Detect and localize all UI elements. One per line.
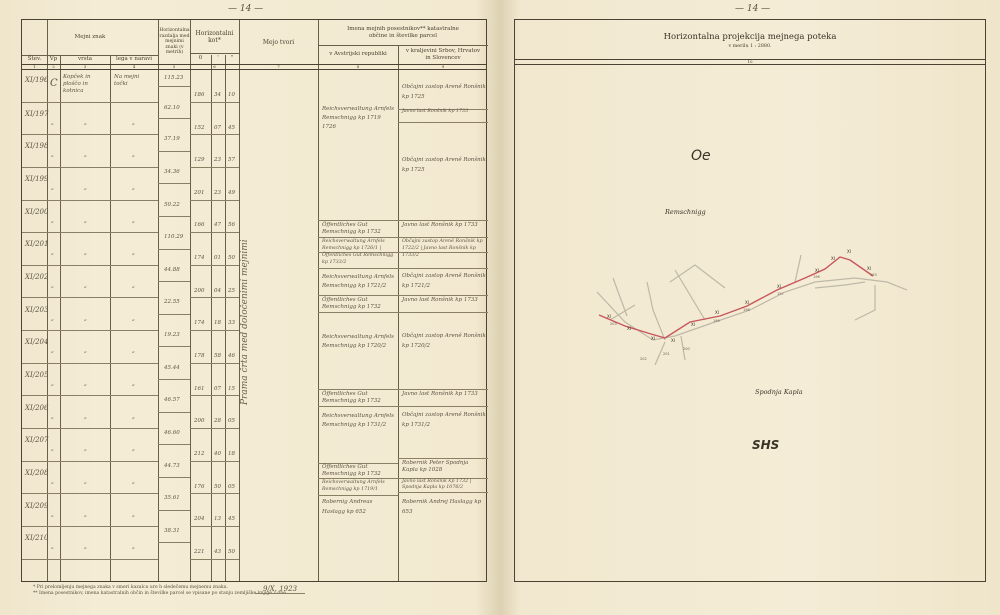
- footnote-2: ** Imena posestnikov, imena katastralnih…: [33, 591, 286, 596]
- svg-text:199: 199: [713, 319, 720, 323]
- map-frame: Horizontalna projekcija mejnega poteka v…: [514, 19, 986, 582]
- svg-text:197: 197: [777, 292, 784, 296]
- angle-min: 28: [214, 418, 221, 424]
- ditto-mark: „: [51, 283, 54, 289]
- mark-number: XI/200: [25, 208, 48, 216]
- owner-shs: Občajni zastop Areně Ronšnik kp 1722/2 |…: [402, 238, 486, 259]
- col-divider: [158, 20, 159, 581]
- col-number: 2: [47, 64, 60, 69]
- col-divider: [318, 20, 319, 581]
- svg-text:202: 202: [640, 357, 647, 361]
- ditto-mark: „: [132, 479, 135, 485]
- angle-sec: 15: [228, 386, 235, 392]
- mark-number: XI/199: [25, 175, 48, 183]
- ditto-mark: „: [51, 348, 54, 354]
- row-line: [22, 134, 158, 135]
- row-line: [190, 200, 239, 201]
- angle-sec: 45: [228, 516, 235, 522]
- svg-text:201: 201: [663, 352, 670, 356]
- ditto-mark: „: [132, 120, 135, 126]
- header-kot-sec: ": [225, 53, 239, 64]
- ditto-mark: „: [132, 283, 135, 289]
- ditto-mark: „: [132, 152, 135, 158]
- col-number: 5: [158, 64, 190, 69]
- header-horiz-kot: Horizontalni kot*: [190, 20, 239, 53]
- angle-min: 23: [214, 157, 221, 163]
- boundary-line: [599, 257, 873, 338]
- row-line: [190, 559, 239, 560]
- meja-tvori-text: Prama črta med določenimi mejnimi: [240, 239, 250, 405]
- header-mejni-znak: Mejni znak: [22, 20, 158, 55]
- ditto-mark: „: [84, 479, 87, 485]
- ditto-mark: „: [132, 185, 135, 191]
- distance-value: 50.22: [164, 202, 180, 208]
- distance-value: 22.55: [164, 299, 180, 305]
- angle-min: 07: [214, 125, 221, 131]
- owner-shs: Javno last Ronšnik kp 1733: [402, 391, 486, 398]
- ditto-mark: „: [132, 544, 135, 550]
- angle-min: 01: [214, 255, 221, 261]
- ditto-mark: „: [84, 152, 87, 158]
- distance-value: 44.73: [164, 463, 180, 469]
- ditto-mark: „: [132, 512, 135, 518]
- svg-text:XI: XI: [715, 310, 719, 315]
- ditto-mark: „: [84, 283, 87, 289]
- col-divider: [398, 45, 399, 581]
- row-line: [22, 330, 158, 331]
- header-meja-tvori: Mejo tvori: [239, 20, 318, 64]
- row-line: [190, 232, 239, 233]
- row-line: [318, 406, 488, 407]
- row-line: [318, 220, 488, 221]
- mark-number: XI/209: [25, 502, 48, 510]
- ditto-mark: „: [132, 218, 135, 224]
- row-line: [190, 363, 239, 364]
- ditto-mark: „: [84, 381, 87, 387]
- col-number: 7: [239, 64, 318, 69]
- row-line: [158, 412, 190, 413]
- row-line: [22, 265, 158, 266]
- owner-shs: Občajni zastop Areně Ronšnik kp 1725: [402, 155, 486, 175]
- owner-austria: Öffentliches Gut Remschnigg kp 1732: [322, 297, 396, 311]
- ditto-mark: „: [51, 512, 54, 518]
- header-imena: Imena mejnih posestnikov** katastralne o…: [318, 20, 488, 45]
- svg-text:XI: XI: [815, 268, 819, 273]
- ditto-mark: „: [84, 120, 87, 126]
- angle-deg: 221: [194, 549, 205, 555]
- boundary-map: XI XI XI XI XI XI XI XI XI XI XI XI 203 …: [515, 20, 987, 583]
- angle-min: 58: [214, 353, 221, 359]
- svg-text:198: 198: [743, 308, 750, 312]
- row-line: [318, 268, 488, 269]
- angle-min: 13: [214, 516, 221, 522]
- distance-value: 35.61: [164, 495, 180, 501]
- row-line: [158, 542, 190, 543]
- col-number: 4: [110, 64, 158, 69]
- ditto-mark: „: [51, 152, 54, 158]
- ditto-mark: „: [132, 348, 135, 354]
- row-line: [22, 102, 158, 103]
- ditto-mark: „: [84, 348, 87, 354]
- angle-sec: 50: [228, 549, 235, 555]
- distance-value: 19.23: [164, 332, 180, 338]
- mark-number: XI/197: [25, 110, 48, 118]
- owner-shs: Občajni zastop Areně Ronšnik kp 1721/2: [402, 271, 486, 291]
- mark-number: XI/196: [25, 76, 48, 84]
- row-line: [22, 167, 158, 168]
- svg-text:XI: XI: [691, 322, 695, 327]
- row-line: [190, 102, 239, 103]
- distance-value: 44.88: [164, 267, 180, 273]
- col-number: 3: [60, 64, 110, 69]
- svg-text:XI: XI: [671, 338, 675, 343]
- owner-shs: Občajni zastop Areně Ronšnik kp 1725: [402, 82, 486, 102]
- distance-value: 46.60: [164, 430, 180, 436]
- row-line: [398, 458, 488, 459]
- mark-number: XI/204: [25, 338, 48, 346]
- svg-text:XI: XI: [607, 314, 611, 319]
- ditto-mark: „: [51, 414, 54, 420]
- owner-austria: Robernig Andreas Haslagg kp 652: [322, 497, 396, 517]
- owner-austria: Öffentliches Gut Remschnigg kp 1732: [322, 391, 396, 405]
- owner-austria: Reichsverwaltung Arnfels Remschnigg kp 1…: [322, 105, 396, 132]
- mark-number: XI/202: [25, 273, 48, 281]
- distance-value: 115.23: [164, 75, 183, 81]
- owner-shs: Javno last Ronšnik kp 1733: [402, 222, 486, 229]
- angle-min: 43: [214, 549, 221, 555]
- row-line: [190, 395, 239, 396]
- header-shs: v kraljevini Srbov, Hrvatov in Slovencev: [398, 45, 488, 64]
- angle-sec: 25: [228, 288, 235, 294]
- angle-min: 34: [214, 92, 221, 98]
- ditto-mark: „: [132, 414, 135, 420]
- mark-number: XI/205: [25, 371, 48, 379]
- owner-shs: Občajni zastop Areně Ronšnik kp 1720/2: [402, 331, 486, 351]
- boundary-table: Mejni znak Štev. Vр vrsta lega v naravi …: [21, 19, 487, 582]
- ditto-mark: „: [51, 446, 54, 452]
- header-kot-deg: 0: [190, 53, 211, 64]
- angle-deg: 212: [194, 451, 205, 457]
- row-line: [22, 493, 158, 494]
- svg-text:XI: XI: [745, 300, 749, 305]
- owner-shs: Robernik Andrej Haslagg kp 653: [402, 497, 486, 517]
- angle-deg: 201: [194, 190, 205, 196]
- mark-number: XI/206: [25, 404, 48, 412]
- owner-shs: Javno last Ronšnik kp 1733: [402, 109, 486, 115]
- ditto-mark: „: [132, 316, 135, 322]
- row-line: [22, 559, 158, 560]
- mark-kind: Kopček in ploščo in kotnica: [63, 74, 109, 95]
- angle-deg: 200: [194, 418, 205, 424]
- row-line: [22, 428, 158, 429]
- owner-shs: Javno last Ronšnik kp 1733: [402, 297, 486, 304]
- row-line: [190, 265, 239, 266]
- row-line: [158, 151, 190, 152]
- angle-sec: 45: [228, 125, 235, 131]
- col-number: 9: [398, 64, 488, 69]
- mark-number: XI/201: [25, 240, 48, 248]
- angle-sec: 18: [228, 451, 235, 457]
- row-line: [318, 312, 488, 313]
- ditto-mark: „: [51, 250, 54, 256]
- angle-min: 47: [214, 222, 221, 228]
- ditto-mark: „: [84, 414, 87, 420]
- ditto-mark: „: [84, 446, 87, 452]
- angle-deg: 178: [194, 353, 205, 359]
- ditto-mark: „: [51, 479, 54, 485]
- mark-number: XI/207: [25, 436, 48, 444]
- angle-deg: 161: [194, 386, 205, 392]
- ditto-mark: „: [84, 250, 87, 256]
- row-line: [158, 444, 190, 445]
- mark-location: Na mejni točki: [114, 74, 154, 88]
- distance-value: 110.29: [164, 234, 183, 240]
- ditto-mark: „: [84, 316, 87, 322]
- ditto-mark: „: [51, 544, 54, 550]
- footnote-1: * Pri prelomljenju mejnega znaka v smeri…: [33, 585, 228, 590]
- ditto-mark: „: [132, 250, 135, 256]
- svg-text:XI: XI: [777, 284, 781, 289]
- angle-deg: 129: [194, 157, 205, 163]
- angle-min: 07: [214, 386, 221, 392]
- page-number: — 14 —: [228, 4, 263, 14]
- svg-text:193: 193: [870, 273, 877, 277]
- row-line: [158, 314, 190, 315]
- distance-value: 34.36: [164, 169, 180, 175]
- ditto-mark: „: [51, 120, 54, 126]
- row-line: [158, 379, 190, 380]
- angle-sec: 49: [228, 190, 235, 196]
- ditto-mark: „: [132, 381, 135, 387]
- angle-deg: 200: [194, 288, 205, 294]
- ditto-mark: „: [51, 381, 54, 387]
- row-line: [190, 526, 239, 527]
- row-line: [158, 118, 190, 119]
- svg-text:200: 200: [683, 347, 690, 351]
- angle-sec: 56: [228, 222, 235, 228]
- svg-text:XI: XI: [627, 326, 631, 331]
- row-line: [318, 295, 488, 296]
- angle-min: 40: [214, 451, 221, 457]
- ditto-mark: „: [84, 544, 87, 550]
- angle-deg: 186: [194, 92, 205, 98]
- footnote-date: 9/X. 1923: [255, 585, 305, 594]
- row-line: [158, 346, 190, 347]
- distance-value: 45.44: [164, 365, 180, 371]
- svg-text:203: 203: [610, 322, 617, 326]
- svg-text:XI: XI: [867, 266, 871, 271]
- row-line: [158, 510, 190, 511]
- row-line: [190, 428, 239, 429]
- svg-text:XI: XI: [651, 336, 655, 341]
- svg-text:XI: XI: [831, 256, 835, 261]
- row-line: [22, 461, 158, 462]
- distance-value: 46.57: [164, 397, 180, 403]
- angle-deg: 174: [194, 320, 205, 326]
- header-horiz-razdalja: Horizontalna razdalja med mejnimi znaki …: [159, 20, 190, 64]
- distance-value: 38.31: [164, 528, 180, 534]
- row-line: [158, 477, 190, 478]
- owner-austria: Öffentliches Gut Remschnigg kp 1732: [322, 464, 396, 478]
- angle-min: 50: [214, 484, 221, 490]
- row-line: [318, 389, 488, 390]
- owner-austria: Reichsverwaltung Arnfels Remschnigg kp 1…: [322, 238, 396, 266]
- angle-sec: 05: [228, 484, 235, 490]
- mark-number: XI/208: [25, 469, 48, 477]
- owner-shs: Robernik Peter Spodnja Kapla kp 1028: [402, 460, 486, 474]
- col-divider: [47, 20, 48, 581]
- owner-austria: Reichsverwaltung Arnfels Remschnigg kp 1…: [322, 273, 396, 291]
- row-line: [190, 461, 239, 462]
- row-line: [22, 232, 158, 233]
- mark-number: XI/210: [25, 534, 48, 542]
- angle-sec: 50: [228, 255, 235, 261]
- ditto-mark: „: [51, 185, 54, 191]
- row-line: [22, 395, 158, 396]
- row-line: [158, 183, 190, 184]
- row-line: [22, 363, 158, 364]
- angle-deg: 204: [194, 516, 205, 522]
- row-line: [158, 86, 190, 87]
- owner-austria: Reichsverwaltung Arnfels Remschnigg kp 1…: [322, 479, 396, 493]
- col-number: 6: [190, 64, 239, 69]
- header-line: [22, 69, 486, 70]
- row-line: [158, 249, 190, 250]
- row-line: [190, 134, 239, 135]
- row-line: [398, 492, 488, 493]
- row-line: [318, 495, 398, 496]
- col-number: 1: [22, 64, 47, 69]
- row-line: [190, 297, 239, 298]
- row-line: [158, 216, 190, 217]
- owner-austria: Reichsverwaltung Arnfels Remschnigg kp 1…: [322, 412, 396, 430]
- angle-deg: 166: [194, 222, 205, 228]
- header-avstrija: v Avstrijski republiki: [318, 45, 398, 64]
- row-line: [22, 200, 158, 201]
- owner-shs: Občajni zastop Areně Ronšnik kp 1731/2: [402, 410, 486, 430]
- ditto-mark: „: [84, 218, 87, 224]
- angle-sec: 46: [228, 353, 235, 359]
- ditto-mark: „: [84, 512, 87, 518]
- row-line: [190, 330, 239, 331]
- row-line: [22, 297, 158, 298]
- angle-min: 18: [214, 320, 221, 326]
- row-line: [190, 167, 239, 168]
- angle-min: 04: [214, 288, 221, 294]
- angle-sec: 57: [228, 157, 235, 163]
- angle-sec: 10: [228, 92, 235, 98]
- ditto-mark: „: [84, 185, 87, 191]
- right-page: — 14 — Horizontalna projekcija mejnega p…: [500, 0, 1000, 615]
- ditto-mark: „: [51, 218, 54, 224]
- row-line: [22, 526, 158, 527]
- mark-number: XI/203: [25, 306, 48, 314]
- angle-sec: 33: [228, 320, 235, 326]
- page-number: — 14 —: [735, 4, 770, 14]
- mark-type-code: C: [50, 78, 58, 89]
- angle-deg: 176: [194, 484, 205, 490]
- owner-shs: Javno last Ronšnik kp 1732 | Spodnja Kap…: [402, 479, 486, 491]
- svg-text:XI: XI: [847, 249, 851, 254]
- row-line: [190, 493, 239, 494]
- row-line: [158, 281, 190, 282]
- ditto-mark: „: [51, 316, 54, 322]
- ditto-mark: „: [132, 446, 135, 452]
- angle-sec: 05: [228, 418, 235, 424]
- col-divider: [190, 20, 191, 581]
- left-page: — 14 — Mejni znak Štev. Vр vrsta lega v …: [0, 0, 500, 615]
- distance-value: 62.10: [164, 105, 180, 111]
- mark-number: XI/198: [25, 142, 48, 150]
- distance-value: 37.19: [164, 136, 180, 142]
- row-line: [398, 122, 488, 123]
- col-number: 8: [318, 64, 398, 69]
- owner-austria: Reichsverwaltung Arnfels Remschnigg kp 1…: [322, 333, 396, 351]
- angle-deg: 152: [194, 125, 205, 131]
- angle-min: 23: [214, 190, 221, 196]
- owner-austria: Öffentliches Gut Remschnigg kp 1732: [322, 222, 396, 236]
- angle-deg: 174: [194, 255, 205, 261]
- svg-text:196: 196: [813, 275, 820, 279]
